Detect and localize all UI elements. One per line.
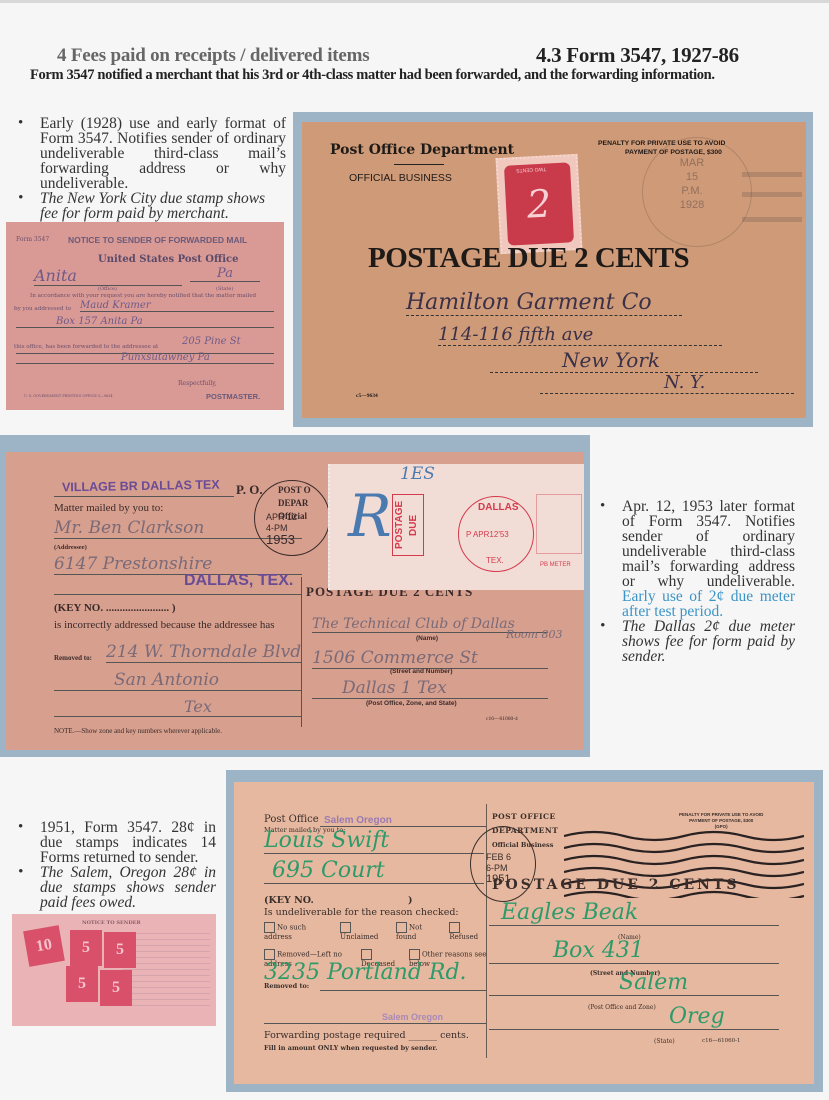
- official-business: OFFICIAL BUSINESS: [349, 172, 452, 184]
- addressee-label: (Addressee): [54, 544, 87, 551]
- removed-state-handwriting: Tex: [54, 697, 302, 717]
- name-handwriting: Louis Swift: [264, 828, 484, 854]
- rule: [320, 990, 486, 991]
- notice-forwarded-mail-card: Form 3547 NOTICE TO SENDER OF FORWARDED …: [6, 222, 284, 410]
- form-number: Form 3547: [16, 236, 49, 243]
- street-handwriting-2: 1506 Commerce St: [312, 648, 548, 669]
- form-3547-1953: VILLAGE BR DALLAS TEX P. O. Matter maile…: [6, 452, 584, 750]
- city-handwriting: Dallas 1 Tex: [312, 678, 548, 699]
- due-stamp-5c: 5: [104, 932, 136, 968]
- to-city-handwriting: Salem: [489, 970, 779, 996]
- notice-heading: NOTICE TO SENDER: [82, 920, 141, 926]
- address-line-1: Hamilton Garment Co: [406, 290, 682, 316]
- notice-heading: NOTICE TO SENDER OF FORWARDED MAIL: [68, 235, 247, 245]
- rule: [54, 594, 302, 595]
- to-street-handwriting: Box 431: [489, 938, 779, 964]
- incorrect-address-text: is incorrectly addressed because the add…: [54, 618, 302, 632]
- removed-to-label: Removed to:: [264, 982, 309, 990]
- section3-notes: 1951, Form 3547. 28¢ in due stamps indic…: [8, 820, 216, 910]
- notice-to-sender-card: NOTICE TO SENDER 10 5 5 5 5: [12, 914, 216, 1026]
- postmark-line: MAR: [672, 156, 712, 170]
- label-state: (State): [216, 286, 233, 292]
- dallas-stamp: DALLAS, TEX.: [184, 572, 293, 590]
- cancel-bar: [742, 192, 802, 197]
- forward-address-handwriting: 205 Pine St: [182, 336, 241, 347]
- postmark-line: 15: [672, 170, 712, 184]
- section2-bullet-1: Apr. 12, 1953 later format of Form 3547.…: [590, 499, 795, 619]
- checkbox-label: Refused: [449, 933, 478, 941]
- notice-body-3: this office, has been forwarded to the a…: [14, 344, 158, 350]
- envelope-1928: Post Office Department OFFICIAL BUSINESS…: [302, 122, 806, 418]
- postmark-year: 1953: [266, 534, 297, 545]
- salem-stamp: Salem Oregon: [324, 815, 392, 826]
- address-line-3: New York: [490, 348, 758, 373]
- removed-to-label: Removed to:: [54, 654, 92, 662]
- respectfully: Respectfully,: [178, 380, 217, 387]
- removed-address-handwriting: 214 W. Thorndale Blvd: [106, 642, 302, 663]
- form-code: c16—61060-4: [486, 716, 518, 722]
- form-code: c5—9634: [356, 393, 378, 399]
- page-title: 4.3 Form 3547, 1927-86: [536, 43, 739, 68]
- state-handwriting: Pa: [190, 266, 260, 282]
- blue-pencil-mark: R: [348, 482, 392, 550]
- due-stamp-5c: 5: [66, 966, 98, 1002]
- forwarding-postage: Forwarding postage required ______ cents…: [264, 1030, 469, 1041]
- salem-stamp-2: Salem Oregon: [382, 1012, 443, 1022]
- checkbox-no-such-address[interactable]: No such address: [264, 922, 334, 941]
- fill-instructions: Fill in amount ONLY when requested by se…: [264, 1044, 437, 1052]
- key-close: ): [408, 895, 413, 906]
- postmark-date: MAR15P.M.1928: [672, 156, 712, 212]
- postmark-date: APR 12: [266, 512, 297, 523]
- postage-due-stamp: 2 TWO CENTS: [496, 154, 583, 254]
- room-handwriting: Room 803: [506, 628, 562, 641]
- form-3547-1951: Post Office Salem Oregon Matter mailed b…: [234, 782, 814, 1084]
- matter-mailed-label: Matter mailed by you to:: [54, 502, 163, 514]
- address-handwriting: Box 157 Anita Pa: [16, 316, 274, 328]
- section1-bullet-1: Early (1928) use and early format of For…: [8, 116, 286, 191]
- removed-city-handwriting: San Antonio: [54, 670, 302, 691]
- street-label: (Street and Number): [390, 668, 452, 675]
- postage-due-text: POSTAGE DUE 2 CENTS: [368, 242, 689, 275]
- cancel-bar: [742, 172, 802, 177]
- meter-label-postage: POSTAGE: [394, 501, 405, 549]
- section3-bullet-2: The Salem, Oregon 28¢ in due stamps show…: [8, 865, 216, 910]
- section2-bullet-2: The Dallas 2¢ due meter shows fee for fo…: [590, 619, 795, 664]
- notice-office: United States Post Office: [98, 254, 238, 265]
- city-label: (Post Office, Zone, and State): [366, 700, 457, 707]
- to-name-handwriting: Eagles Beak: [489, 900, 779, 926]
- section1-bullet-2: The New York City due stamp shows fee fo…: [8, 191, 286, 221]
- section2-notes: Apr. 12, 1953 later format of Form 3547.…: [590, 499, 795, 664]
- postage-due-text: POSTAGE DUE 2 CENTS: [492, 877, 740, 893]
- checkbox-not-found[interactable]: Not found: [396, 922, 443, 941]
- state-label: (State): [654, 1038, 675, 1045]
- form-code: c16—61060-1: [702, 1038, 740, 1044]
- note-text: NOTE.—Show zone and key numbers wherever…: [54, 727, 222, 735]
- checkbox-unclaimed[interactable]: Unclaimed: [340, 922, 390, 941]
- key-number: (KEY NO.: [264, 895, 314, 906]
- name-label: (Name): [416, 635, 438, 642]
- po-label: P. O.: [236, 482, 263, 498]
- address-line-4: N. Y.: [540, 372, 794, 394]
- postmark-line: 1928: [672, 198, 712, 212]
- checkbox-refused[interactable]: Refused: [449, 922, 490, 941]
- meter-side-text: PB METER: [540, 562, 571, 568]
- city-handwriting: Anita: [34, 266, 182, 286]
- page-subtitle: Form 3547 notified a merchant that his 3…: [30, 67, 715, 84]
- printer-line: U. S. GOVERNMENT PRINTING OFFICE 5—9634: [24, 394, 113, 398]
- village-branch-stamp: VILLAGE BR DALLAS TEX: [62, 478, 220, 495]
- meter-date: P APR12'53: [466, 530, 509, 539]
- bullet-highlight: Early use of 2¢ due meter after test per…: [622, 588, 795, 620]
- due-stamp-5c: 5: [70, 930, 102, 966]
- notice-body-2: by you addressed to: [14, 306, 71, 312]
- postage-due-meter-strip: POSTAGE DUE DALLAS P APR12'53 TEX. PB ME…: [328, 464, 584, 590]
- key-number: (KEY NO. ....................... ): [54, 602, 176, 614]
- reason-label: Is undeliverable for the reason checked:: [264, 907, 459, 918]
- due-stamp-10c: 10: [23, 925, 65, 967]
- label-office: (Office): [98, 286, 117, 292]
- blue-pencil-note: 1ES: [400, 464, 435, 484]
- meter-eagle-design: [536, 494, 582, 554]
- postmark-line: P.M.: [672, 184, 712, 198]
- meter-label-due: DUE: [408, 514, 419, 535]
- stamp-denomination: 2: [526, 181, 552, 226]
- divider: [301, 577, 302, 727]
- postmark-date: FEB 6: [486, 852, 511, 863]
- dept-heading: Post Office Department: [330, 142, 514, 158]
- address-line-2: 114-116 fifth ave: [438, 324, 722, 346]
- to-state-handwriting: Oreg: [489, 1004, 779, 1030]
- bullet-text: Apr. 12, 1953 later format of Form 3547.…: [622, 498, 795, 590]
- checkbox-label: Unclaimed: [340, 933, 378, 941]
- rule: [264, 1023, 486, 1024]
- section-title: 4 Fees paid on receipts / delivered item…: [57, 45, 369, 67]
- section1-notes: Early (1928) use and early format of For…: [8, 116, 286, 221]
- forward-city-handwriting: Punxsutawney Pa: [16, 352, 274, 364]
- postmaster: POSTMASTER.: [206, 392, 260, 401]
- post-office-label: Post Office: [264, 814, 319, 825]
- meter-city: DALLAS: [478, 502, 519, 513]
- dept-line: POST OFFICE: [492, 810, 558, 824]
- section3-bullet-1: 1951, Form 3547. 28¢ in due stamps indic…: [8, 820, 216, 865]
- page-top-rule: [0, 0, 829, 3]
- addressee-handwriting: Maud Kramer: [80, 300, 274, 312]
- meter-postage-due-box: POSTAGE DUE: [392, 494, 424, 556]
- cancel-bar: [742, 217, 802, 222]
- due-stamp-5c: 5: [100, 970, 132, 1006]
- rule: [394, 164, 444, 165]
- postmark-text: APR 12 4-PM 1953: [266, 512, 297, 545]
- street-handwriting: 695 Court: [264, 858, 484, 884]
- notice-body-1: In accordance with your request you are …: [30, 293, 256, 299]
- rule: [54, 496, 234, 497]
- meter-state: TEX.: [486, 556, 504, 565]
